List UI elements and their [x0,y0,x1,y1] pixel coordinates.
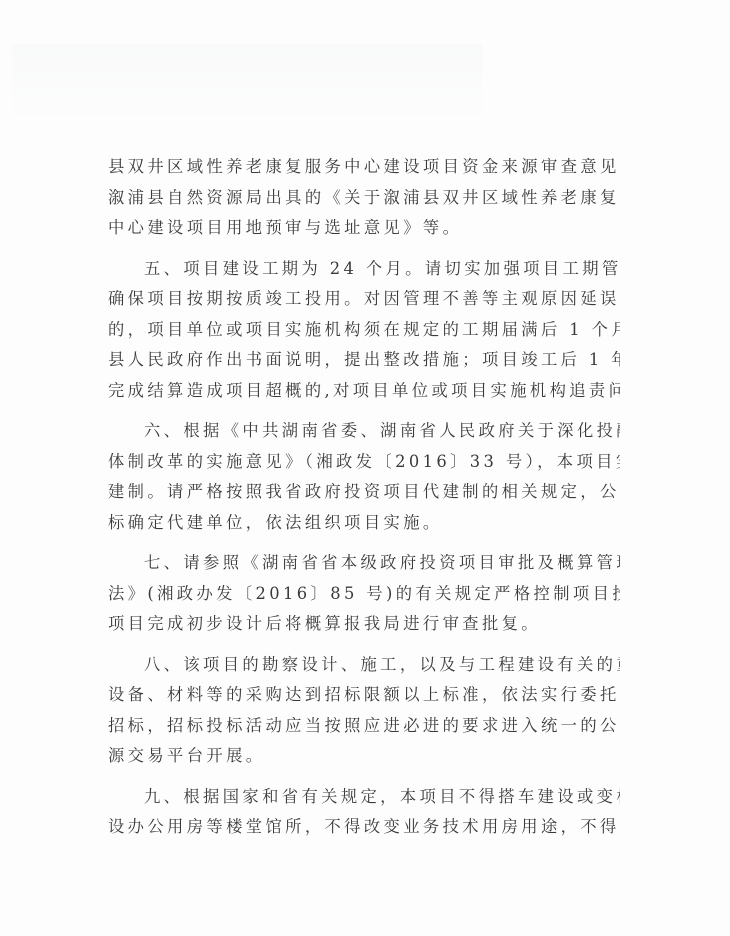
text-line: 的，项目单位或项目实施机构须在规定的工期届满后 1 个月内向 [108,315,620,346]
paragraph-7-investment-control: 七、请参照《湖南省省本级政府投资项目审批及概算管理办 法》(湘政办发〔2016〕… [108,548,620,640]
text-line: 体制改革的实施意见》（湘政发〔2016〕33 号），本项目实行代 [108,447,620,478]
paragraph-6-agent-construction: 六、根据《中共湖南省委、湖南省人民政府关于深化投融资 体制改革的实施意见》（湘政… [108,416,620,538]
text-line: 标确定代建单位，依法组织项目实施。 [108,508,620,539]
text-line: 设办公用房等楼堂馆所，不得改变业务技术用房用途，不得搞任 [108,812,620,843]
text-line: 源交易平台开展。 [108,741,620,772]
text-line: 县人民政府作出书面说明，提出整改措施；项目竣工后 1 年内未 [108,345,620,376]
paragraph-5-construction-period: 五、项目建设工期为 24 个月。请切实加强项目工期管理， 确保项目按期按质竣工投… [108,254,620,407]
document-body: 县双井区域性养老康复服务中心建设项目资金来源审查意见》、 溆浦县自然资源局出具的… [108,152,620,843]
text-line: 中心建设项目用地预审与选址意见》等。 [108,213,620,244]
text-line: 五、项目建设工期为 24 个月。请切实加强项目工期管理， [108,254,620,285]
paragraph-9-restrictions: 九、根据国家和省有关规定，本项目不得搭车建设或变相建 设办公用房等楼堂馆所，不得… [108,782,620,843]
text-line: 建制。请严格按照我省政府投资项目代建制的相关规定，公开招 [108,477,620,508]
text-line: 完成结算造成项目超概的,对项目单位或项目实施机构追责问责。 [108,376,620,407]
text-line: 确保项目按期按质竣工投用。对因管理不善等主观原因延误工期 [108,284,620,315]
scan-artifact-shadow [12,44,482,124]
text-line: 法》(湘政办发〔2016〕85 号)的有关规定严格控制项目投资，本 [108,579,620,610]
text-line: 六、根据《中共湖南省委、湖南省人民政府关于深化投融资 [108,416,620,447]
text-line: 溆浦县自然资源局出具的《关于溆浦县双井区域性养老康复服务 [108,183,620,214]
text-line: 设备、材料等的采购达到招标限额以上标准，依法实行委托公开 [108,680,620,711]
text-line: 招标，招标投标活动应当按照应进必进的要求进入统一的公共资 [108,711,620,742]
text-line: 九、根据国家和省有关规定，本项目不得搭车建设或变相建 [108,782,620,813]
text-line: 七、请参照《湖南省省本级政府投资项目审批及概算管理办 [108,548,620,579]
paragraph-8-bidding: 八、该项目的勘察设计、施工，以及与工程建设有关的重要 设备、材料等的采购达到招标… [108,650,620,772]
text-line: 项目完成初步设计后将概算报我局进行审查批复。 [108,609,620,640]
paragraph-4-continued: 县双井区域性养老康复服务中心建设项目资金来源审查意见》、 溆浦县自然资源局出具的… [108,152,620,244]
text-line: 八、该项目的勘察设计、施工，以及与工程建设有关的重要 [108,650,620,681]
text-line: 县双井区域性养老康复服务中心建设项目资金来源审查意见》、 [108,152,620,183]
